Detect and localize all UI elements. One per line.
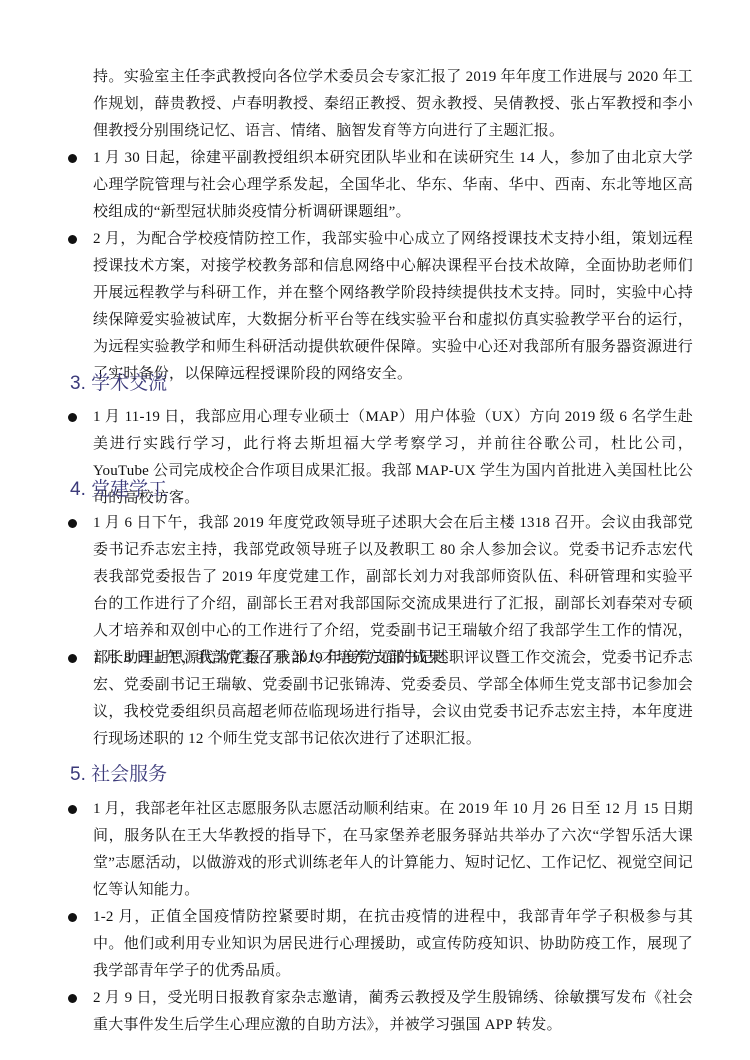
bullet-icon [68, 913, 77, 922]
list-item: 2 月 9 日，受光明日报教育家杂志邀请，蔺秀云教授及学生殷锦绣、徐敏撰写发布《… [68, 985, 693, 1039]
bullet-icon [68, 654, 77, 663]
list-item: 2 月，为配合学校疫情防控工作，我部实验中心成立了网络授课技术支持小组，策划远程… [68, 226, 693, 388]
list-item-text: 2 月，为配合学校疫情防控工作，我部实验中心成立了网络授课技术支持小组，策划远程… [93, 226, 693, 388]
bullet-icon [68, 413, 77, 422]
list-item-text: 1 月 30 日起，徐建平副教授组织本研究团队毕业和在读研究生 14 人，参加了… [93, 145, 693, 226]
section-heading: 5. 社会服务 [70, 762, 167, 788]
section-heading: 4. 党建学工 [70, 477, 167, 503]
list-item-text: 2 月 9 日，受光明日报教育家杂志邀请，蔺秀云教授及学生殷锦绣、徐敏撰写发布《… [93, 985, 693, 1039]
list-item-text: 1 月，我部老年社区志愿服务队志愿活动顺利结束。在 2019 年 10 月 26… [93, 796, 693, 904]
list-item-text: 1 月 11-19 日，我部应用心理专业硕士（MAP）用户体验（UX）方向 20… [93, 404, 693, 512]
list-item: 1 月 30 日起，徐建平副教授组织本研究团队毕业和在读研究生 14 人，参加了… [68, 145, 693, 226]
bullet-icon [68, 519, 77, 528]
list-item: 1 月 8 日上午，我部党委召开 2019 年度党支部书记述职评议暨工作交流会，… [68, 645, 693, 753]
bullet-icon [68, 154, 77, 163]
bullet-icon [68, 235, 77, 244]
list-item-text: 1 月 8 日上午，我部党委召开 2019 年度党支部书记述职评议暨工作交流会，… [93, 645, 693, 753]
list-item: 1 月，我部老年社区志愿服务队志愿活动顺利结束。在 2019 年 10 月 26… [68, 796, 693, 904]
list-item-text: 1-2 月，正值全国疫情防控紧要时期，在抗击疫情的进程中，我部青年学子积极参与其… [93, 904, 693, 985]
section-heading: 3. 学术交流 [70, 371, 167, 397]
list-item: 1-2 月，正值全国疫情防控紧要时期，在抗击疫情的进程中，我部青年学子积极参与其… [68, 904, 693, 985]
bullet-icon [68, 805, 77, 814]
intro-paragraph: 持。实验室主任李武教授向各位学术委员会专家汇报了 2019 年年度工作进展与 2… [93, 64, 693, 145]
bullet-icon [68, 994, 77, 1003]
